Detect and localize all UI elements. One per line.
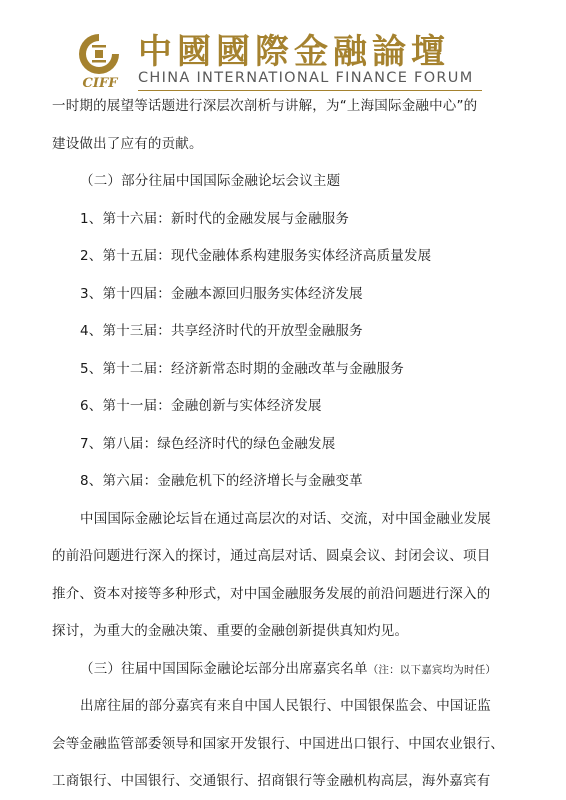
document-body: 一时期的展望等话题进行深层次剖析与讲解，为“上海国际金融中心”的 建设做出了应有… [52,88,518,800]
paragraph-line: 中国国际金融论坛旨在通过高层次的对话、交流，对中国金融业发展 [52,501,518,539]
paragraph-line: 一时期的展望等话题进行深层次剖析与讲解，为“上海国际金融中心”的 [52,88,518,126]
section-note: （注：以下嘉宾均为时任） [368,664,496,676]
paragraph-line: 出席往届的部分嘉宾有来自中国人民银行、中国银保监会、中国证监 [52,688,518,726]
theme-item: 1、第十六届：新时代的金融发展与金融服务 [52,201,518,239]
paragraph-line: 会等金融监管部委领导和国家开发银行、中国进出口银行、中国农业银行、 [52,726,518,764]
theme-item: 2、第十五届：现代金融体系构建服务实体经济高质量发展 [52,238,518,276]
section-heading: （三）往届中国国际金融论坛部分出席嘉宾名单 [80,661,368,677]
forum-title-en: CHINA INTERNATIONAL FINANCE FORUM [138,70,474,86]
paragraph-line: 探讨，为重大的金融决策、重要的金融创新提供真知灼见。 [52,613,518,651]
forum-title-cn: 中國國際金融論壇 [138,24,450,73]
page-header: CIFF 中國國際金融論壇 CHINA INTERNATIONAL FINANC… [68,28,488,96]
section-heading: （二）部分往届中国国际金融论坛会议主题 [52,163,518,201]
coin-logo-icon [68,30,130,78]
ciff-logo: CIFF [68,30,130,92]
theme-item: 3、第十四届：金融本源回归服务实体经济发展 [52,276,518,314]
section-heading-row: （三）往届中国国际金融论坛部分出席嘉宾名单（注：以下嘉宾均为时任） [52,651,518,689]
theme-item: 4、第十三届：共享经济时代的开放型金融服务 [52,313,518,351]
paragraph-line: 建设做出了应有的贡献。 [52,126,518,164]
paragraph-line: 工商银行、中国银行、交通银行、招商银行等金融机构高层，海外嘉宾有 [52,763,518,800]
paragraph-line: 推介、资本对接等多种形式，对中国金融服务发展的前沿问题进行深入的 [52,576,518,614]
theme-item: 7、第八届：绿色经济时代的绿色金融发展 [52,426,518,464]
paragraph-line: 的前沿问题进行深入的探讨，通过高层对话、圆桌会议、封闭会议、项目 [52,538,518,576]
theme-item: 8、第六届：金融危机下的经济增长与金融变革 [52,463,518,501]
theme-item: 6、第十一届：金融创新与实体经济发展 [52,388,518,426]
theme-item: 5、第十二届：经济新常态时期的金融改革与金融服务 [52,351,518,389]
